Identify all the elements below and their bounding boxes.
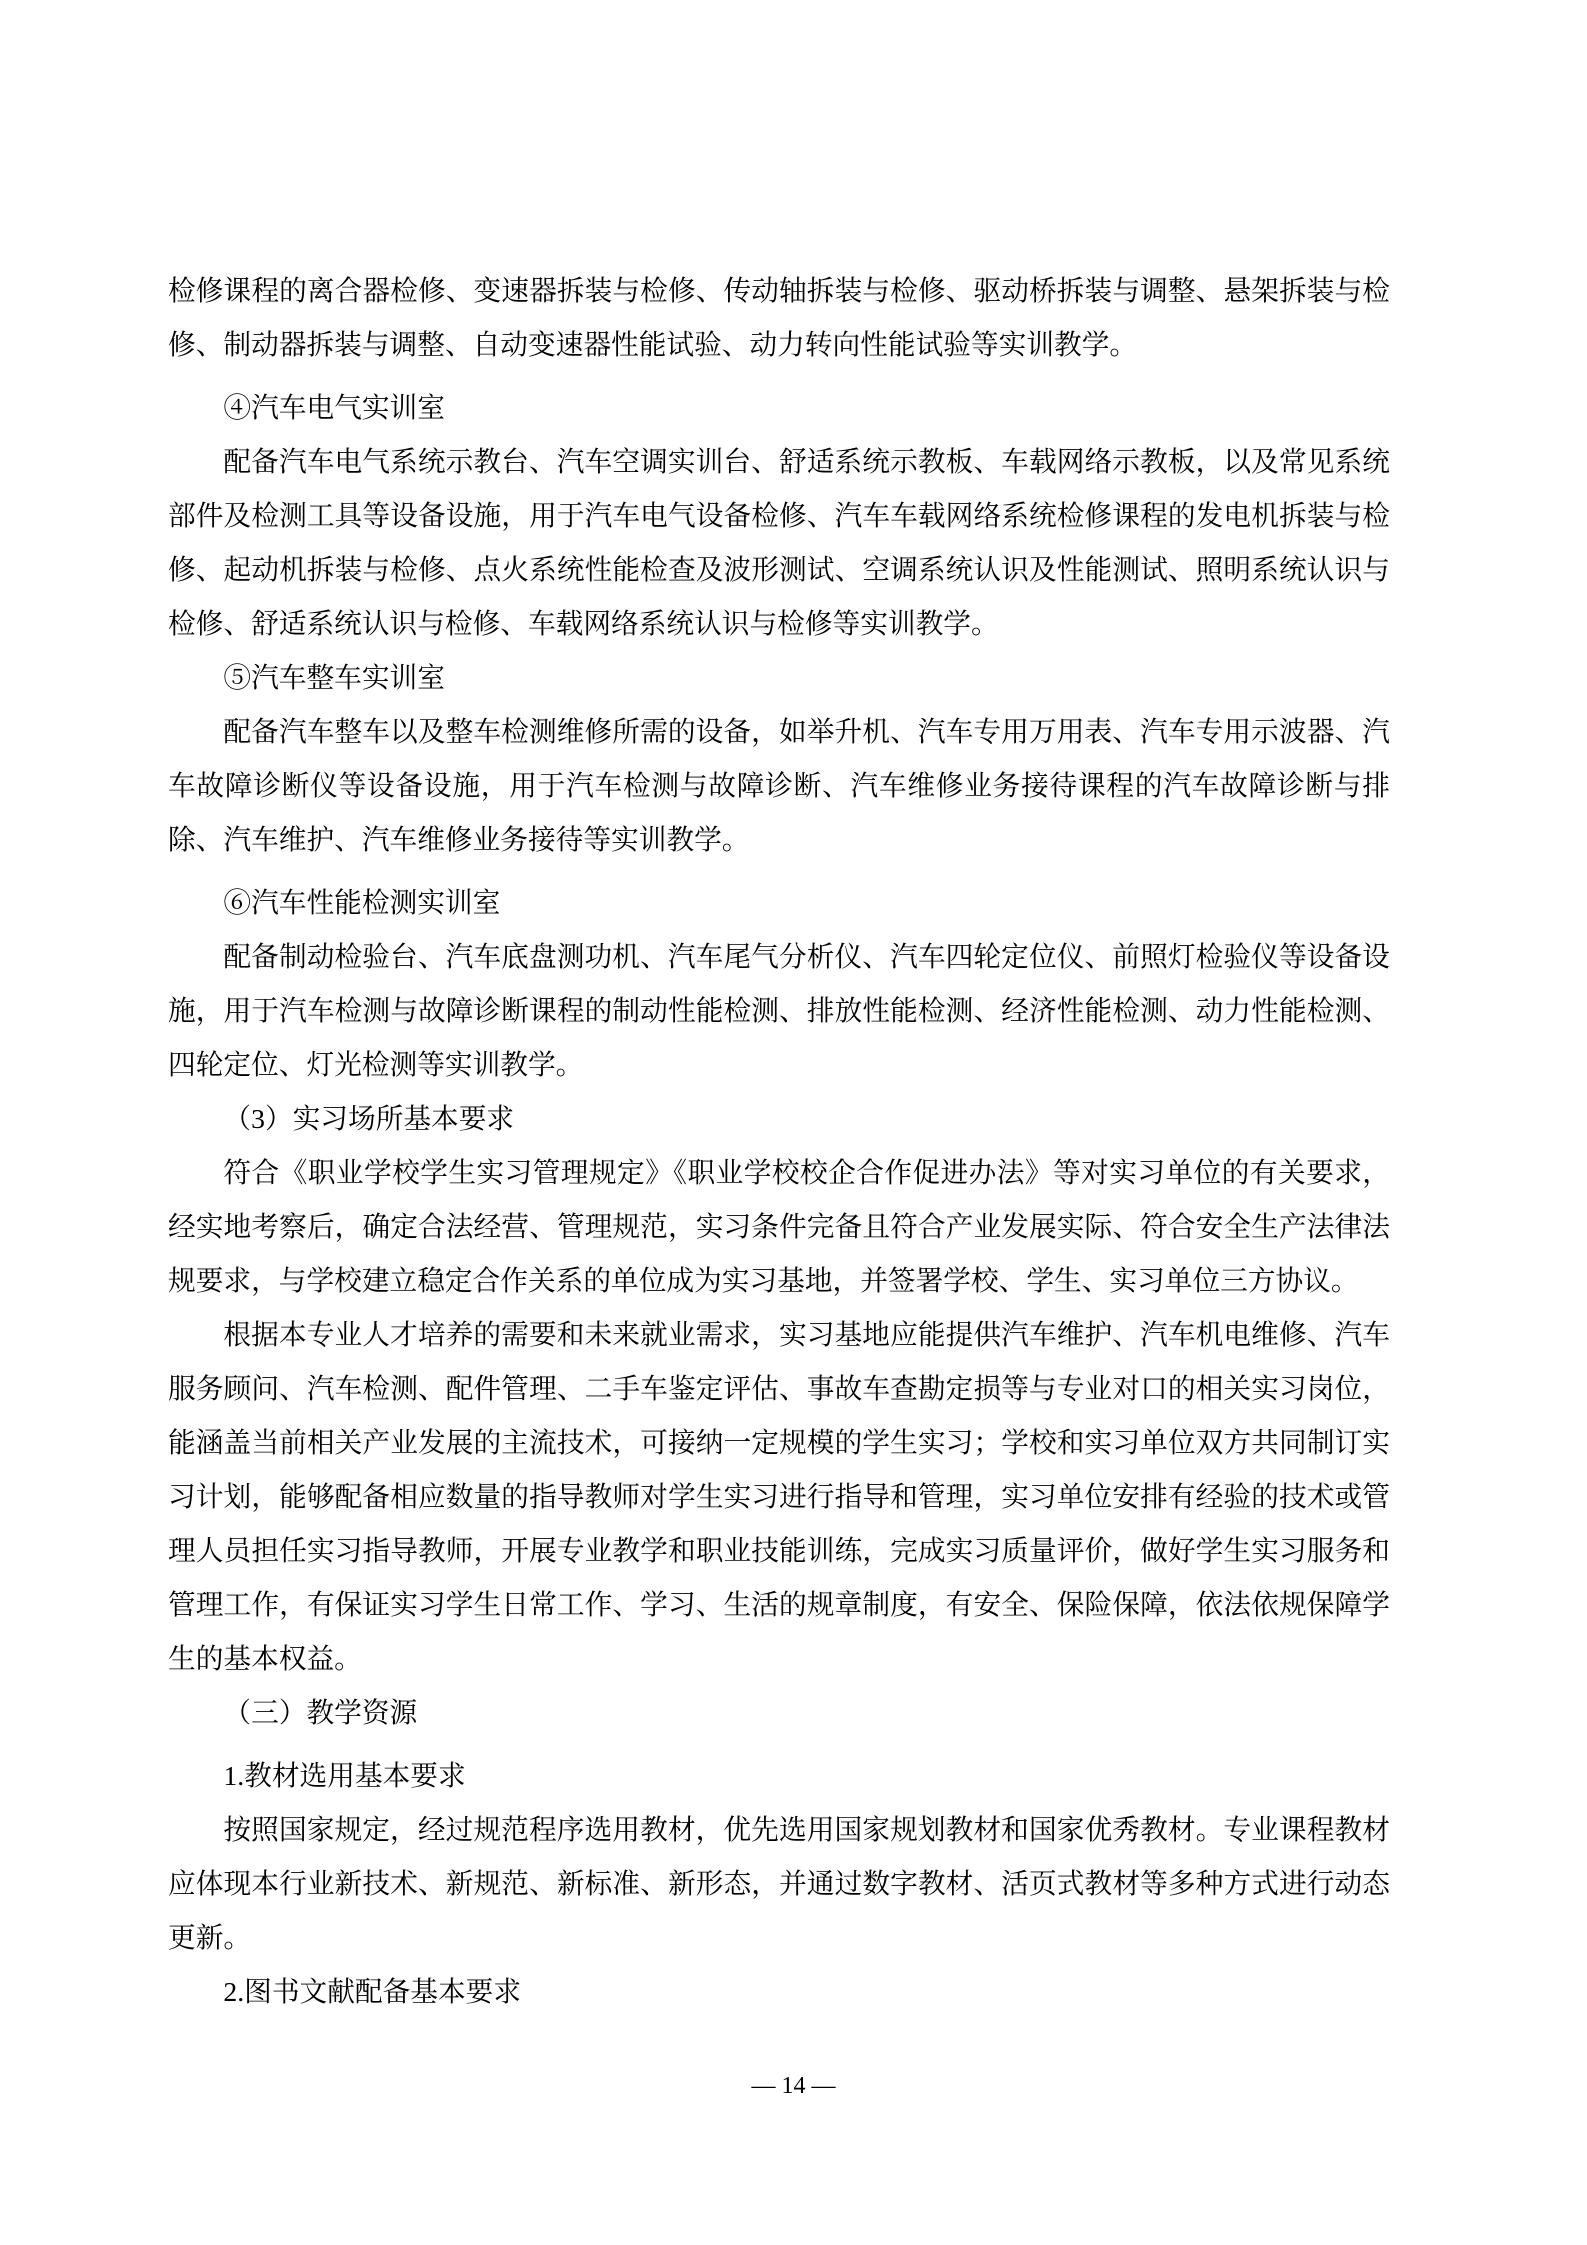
page-footer: — 14 — (0, 2072, 1587, 2100)
heading-3-internship-site-requirements: （3）实习场所基本要求 (168, 1092, 1390, 1146)
heading-circle5-whole-vehicle-training-room: ⑤汽车整车实训室 (168, 651, 1390, 705)
heading-circle6-performance-testing-training-room: ⑥汽车性能检测实训室 (168, 876, 1390, 930)
page-number: — 14 — (752, 2073, 836, 2099)
paragraph-performance-testing-training-room: 配备制动检验台、汽车底盘测功机、汽车尾气分析仪、汽车四轮定位仪、前照灯检验仪等设… (168, 930, 1390, 1092)
heading-1-textbook-selection-requirements: 1.教材选用基本要求 (168, 1749, 1390, 1803)
heading-circle4-auto-electrical-training-room: ④汽车电气实训室 (168, 381, 1390, 435)
document-body: 检修课程的离合器检修、变速器拆装与检修、传动轴拆装与检修、驱动桥拆装与调整、悬架… (168, 264, 1390, 2019)
heading-section3-teaching-resources: （三）教学资源 (168, 1686, 1390, 1740)
heading-2-library-literature-requirements: 2.图书文献配备基本要求 (168, 1965, 1390, 2019)
paragraph-textbook-selection: 按照国家规定，经过规范程序选用教材，优先选用国家规划教材和国家优秀教材。专业课程… (168, 1803, 1390, 1965)
paragraph-internship-unit-requirements: 符合《职业学校学生实习管理规定》《职业学校校企合作促进办法》等对实习单位的有关要… (168, 1146, 1390, 1308)
document-page: 检修课程的离合器检修、变速器拆装与检修、传动轴拆装与检修、驱动桥拆装与调整、悬架… (0, 0, 1587, 2245)
paragraph-internship-base-positions: 根据本专业人才培养的需要和未来就业需求，实习基地应能提供汽车维护、汽车机电维修、… (168, 1308, 1390, 1686)
paragraph-continued-chassis-training: 检修课程的离合器检修、变速器拆装与检修、传动轴拆装与检修、驱动桥拆装与调整、悬架… (168, 264, 1390, 372)
paragraph-whole-vehicle-training-room: 配备汽车整车以及整车检测维修所需的设备，如举升机、汽车专用万用表、汽车专用示波器… (168, 705, 1390, 867)
paragraph-auto-electrical-training-room: 配备汽车电气系统示教台、汽车空调实训台、舒适系统示教板、车载网络示教板，以及常见… (168, 435, 1390, 651)
